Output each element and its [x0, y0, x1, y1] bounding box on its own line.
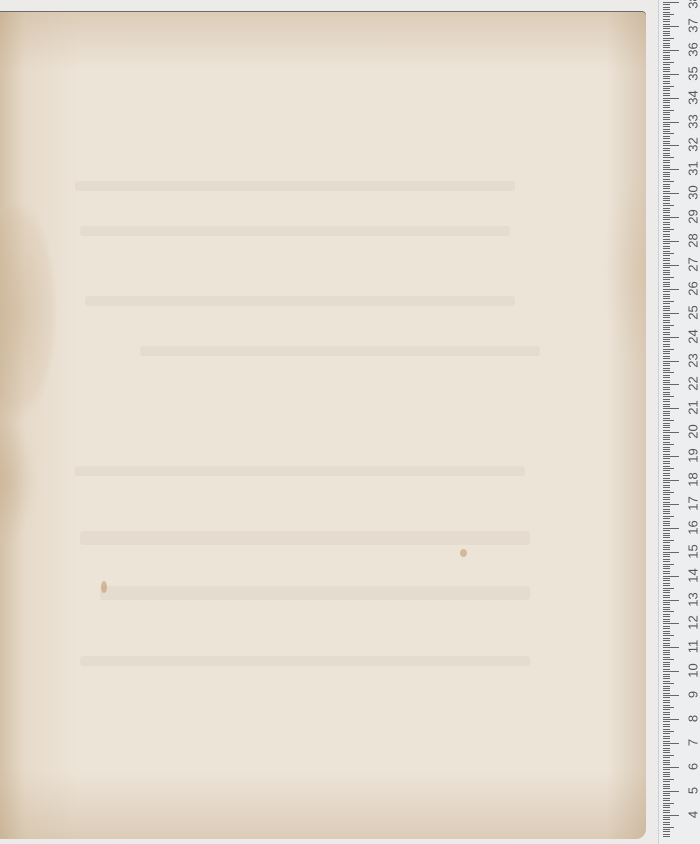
ruler-tick — [663, 153, 670, 154]
ruler-tick — [663, 301, 674, 302]
ruler-label: 38 — [686, 0, 700, 12]
ruler-tick — [663, 480, 679, 481]
ruler-tick — [663, 363, 670, 364]
ruler-tick — [663, 521, 670, 522]
ruler-tick — [663, 554, 670, 555]
ruler-label: 31 — [686, 159, 700, 179]
ruler-tick — [663, 107, 670, 108]
ruler-tick — [663, 239, 670, 240]
show-through-line — [85, 296, 515, 306]
ruler-tick — [663, 418, 670, 419]
ruler-tick — [663, 337, 679, 338]
ruler-tick — [663, 528, 679, 529]
ruler-tick — [663, 100, 670, 101]
ruler-tick — [663, 449, 670, 450]
ruler-label: 27 — [686, 254, 700, 274]
ruler-tick — [663, 21, 670, 22]
ruler-tick — [663, 339, 670, 340]
ruler-tick — [663, 697, 670, 698]
ruler-tick — [663, 64, 670, 65]
ruler-tick — [663, 282, 670, 283]
ruler-tick — [663, 573, 670, 574]
ruler-tick — [663, 688, 670, 689]
ruler-tick — [663, 760, 670, 761]
ruler-label: 13 — [686, 589, 700, 609]
ruler-label: 17 — [686, 493, 700, 513]
ruler-tick — [663, 666, 670, 667]
ruler-label: 20 — [686, 422, 700, 442]
ruler-tick — [663, 556, 670, 557]
ruler-tick — [663, 172, 670, 173]
ruler-tick — [663, 231, 670, 232]
ruler-tick — [663, 702, 670, 703]
ruler-tick — [663, 265, 679, 266]
ruler-tick — [663, 451, 670, 452]
ruler-tick — [663, 105, 670, 106]
ruler-tick — [663, 643, 670, 644]
ruler-tick — [663, 346, 670, 347]
ruler-tick — [663, 736, 670, 737]
ruler-tick — [663, 344, 670, 345]
ruler-tick — [663, 370, 670, 371]
ruler-tick — [663, 497, 670, 498]
ruler-tick — [663, 227, 670, 228]
ruler-label: 14 — [686, 565, 700, 585]
ruler-tick — [663, 329, 670, 330]
ruler-tick — [663, 296, 670, 297]
ruler-tick — [663, 786, 670, 787]
foxing-spot — [460, 549, 467, 557]
ruler-tick — [663, 542, 670, 543]
ruler-tick — [663, 55, 670, 56]
ruler-label: 16 — [686, 517, 700, 537]
ruler-tick — [663, 320, 670, 321]
ruler-tick — [663, 279, 670, 280]
ruler-label: 12 — [686, 613, 700, 633]
ruler-tick — [663, 583, 670, 584]
ruler-label: 11 — [686, 637, 700, 657]
ruler-tick — [663, 4, 670, 5]
ruler-label: 24 — [686, 326, 700, 346]
ruler-label: 25 — [686, 302, 700, 322]
show-through-line — [80, 656, 530, 666]
ruler-tick — [663, 169, 679, 170]
ruler-tick — [663, 743, 679, 744]
ruler-tick — [663, 114, 670, 115]
ruler-tick — [663, 762, 670, 763]
ruler-tick — [663, 112, 670, 113]
ruler-tick — [663, 98, 679, 99]
ruler-tick — [663, 502, 670, 503]
ruler-tick — [663, 614, 670, 615]
ruler-tick — [663, 148, 670, 149]
ruler-tick — [663, 473, 670, 474]
ruler-tick — [663, 815, 679, 816]
ruler-tick — [663, 181, 674, 182]
ruler-tick — [663, 380, 670, 381]
ruler-tick — [663, 136, 670, 137]
ruler-tick — [663, 676, 670, 677]
ruler-tick — [663, 7, 670, 8]
ruler-tick — [663, 516, 674, 517]
ruler-tick — [663, 423, 670, 424]
ruler-tick — [663, 705, 670, 706]
ruler-label: 19 — [686, 446, 700, 466]
ruler-tick — [663, 707, 674, 708]
ruler-tick — [663, 795, 670, 796]
ruler-tick — [663, 303, 670, 304]
ruler-tick — [663, 671, 679, 672]
ruler-tick — [663, 384, 679, 385]
ruler-tick — [663, 482, 670, 483]
ruler-label: 30 — [686, 183, 700, 203]
ruler-tick — [663, 124, 670, 125]
ruler-tick — [663, 463, 670, 464]
ruler-label: 28 — [686, 231, 700, 251]
ruler-tick — [663, 176, 670, 177]
ruler-tick — [663, 272, 670, 273]
ruler-tick — [663, 322, 670, 323]
ruler-tick — [663, 592, 670, 593]
ruler-tick — [663, 131, 670, 132]
ruler-tick — [663, 184, 670, 185]
ruler-tick — [663, 415, 670, 416]
ruler-tick — [663, 461, 670, 462]
ruler-tick — [663, 530, 670, 531]
ruler-label: 18 — [686, 470, 700, 490]
ruler-tick — [663, 40, 670, 41]
ruler-tick — [663, 310, 670, 311]
ruler-tick — [663, 513, 670, 514]
ruler-tick — [663, 652, 670, 653]
ruler-tick — [663, 284, 670, 285]
ruler-tick — [663, 540, 674, 541]
ruler-tick — [663, 769, 670, 770]
ruler-tick — [663, 800, 670, 801]
ruler-tick — [663, 750, 670, 751]
ruler-tick — [663, 294, 670, 295]
ruler-tick — [663, 709, 670, 710]
ruler-tick — [663, 721, 670, 722]
ruler-tick — [663, 243, 670, 244]
ruler-tick — [663, 83, 670, 84]
ruler-tick — [663, 377, 670, 378]
ruler-tick — [663, 334, 670, 335]
ruler-tick — [663, 578, 670, 579]
ruler-tick — [663, 439, 670, 440]
ruler-tick — [663, 392, 670, 393]
ruler-tick — [663, 141, 670, 142]
ruler-tick — [663, 200, 670, 201]
ruler-tick — [663, 755, 674, 756]
ruler-tick — [663, 119, 670, 120]
ruler-tick — [663, 86, 674, 87]
ruler-tick — [663, 681, 670, 682]
ruler-tick — [663, 824, 670, 825]
ruler-tick — [663, 609, 670, 610]
show-through-line — [75, 466, 525, 476]
ruler-label: 9 — [686, 685, 700, 705]
ruler-tick — [663, 270, 670, 271]
ruler-tick — [663, 545, 670, 546]
ruler-tick — [663, 772, 670, 773]
ruler-tick — [663, 196, 670, 197]
ruler-tick — [663, 717, 670, 718]
ruler-label: 26 — [686, 278, 700, 298]
ruler-tick — [663, 690, 670, 691]
ruler-tick — [663, 827, 674, 828]
paper-sheet — [0, 11, 646, 839]
ruler-tick — [663, 647, 679, 648]
ruler-tick — [663, 695, 679, 696]
ruler-tick — [663, 757, 670, 758]
ruler-tick — [663, 686, 670, 687]
ruler-tick — [663, 93, 670, 94]
ruler-tick — [663, 807, 670, 808]
ruler-label: 37 — [686, 15, 700, 35]
ruler-label: 4 — [686, 804, 700, 824]
ruler-tick — [663, 475, 670, 476]
ruler-tick — [663, 375, 670, 376]
ruler-tick — [663, 406, 670, 407]
ruler-tick — [663, 588, 674, 589]
ruler-tick — [663, 274, 670, 275]
ruler-tick — [663, 590, 670, 591]
ruler-tick — [663, 317, 670, 318]
ruler-tick — [663, 396, 674, 397]
ruler-tick — [663, 155, 670, 156]
ruler-label: 23 — [686, 350, 700, 370]
ruler-tick — [663, 356, 670, 357]
ruler-tick — [663, 784, 670, 785]
ruler-tick — [663, 657, 670, 658]
ruler-tick — [663, 203, 670, 204]
ruler-tick — [663, 150, 670, 151]
ruler-tick — [663, 353, 670, 354]
ruler-tick — [663, 411, 670, 412]
ruler-tick — [663, 798, 670, 799]
ruler-tick — [663, 217, 679, 218]
ruler-tick — [663, 341, 670, 342]
ruler-tick — [663, 229, 674, 230]
ruler-tick — [663, 267, 670, 268]
ruler-tick — [663, 258, 670, 259]
ruler-tick — [663, 779, 674, 780]
ruler-tick — [663, 781, 670, 782]
ruler-tick — [663, 19, 670, 20]
ruler-tick — [663, 432, 679, 433]
ruler-label: 10 — [686, 661, 700, 681]
ruler-tick — [663, 774, 670, 775]
ruler-tick — [663, 506, 670, 507]
ruler-tick — [663, 306, 670, 307]
show-through-line — [80, 226, 510, 236]
ruler-tick — [663, 145, 679, 146]
ruler-tick — [663, 499, 670, 500]
ruler-tick — [663, 47, 670, 48]
ruler-tick — [663, 638, 670, 639]
ruler-tick — [663, 478, 670, 479]
ruler-tick — [663, 81, 670, 82]
ruler-tick — [663, 248, 670, 249]
ruler-tick — [663, 260, 670, 261]
ruler-tick — [663, 90, 670, 91]
ruler-tick — [663, 186, 670, 187]
ruler-tick — [663, 198, 670, 199]
ruler-tick — [663, 210, 670, 211]
ruler-tick — [663, 387, 670, 388]
ruler-tick — [663, 803, 674, 804]
foxing-spot — [101, 581, 107, 593]
ruler-tick — [663, 208, 670, 209]
ruler-tick — [663, 95, 670, 96]
ruler-tick — [663, 674, 670, 675]
ruler-tick — [663, 585, 670, 586]
ruler-tick — [663, 413, 670, 414]
ruler-label: 21 — [686, 398, 700, 418]
ruler-tick — [663, 234, 670, 235]
ruler-tick — [663, 533, 670, 534]
ruler-tick — [663, 160, 670, 161]
ruler-tick — [663, 810, 670, 811]
ruler-tick — [663, 523, 670, 524]
ruler-tick — [663, 669, 670, 670]
ruler-tick — [663, 52, 670, 53]
ruler-tick — [663, 595, 670, 596]
ruler-tick — [663, 236, 670, 237]
ruler-tick — [663, 504, 679, 505]
ruler-label: 35 — [686, 63, 700, 83]
ruler-tick — [663, 659, 674, 660]
ruler-tick — [663, 205, 674, 206]
ruler-tick — [663, 442, 670, 443]
ruler-tick — [663, 327, 670, 328]
ruler-tick — [663, 525, 670, 526]
ruler-tick — [663, 365, 670, 366]
ruler-tick — [663, 212, 670, 213]
ruler-tick — [663, 246, 670, 247]
ruler-tick — [663, 791, 679, 792]
ruler-tick — [663, 447, 670, 448]
ruler-tick — [663, 631, 670, 632]
ruler-tick — [663, 382, 670, 383]
ruler-tick — [663, 571, 670, 572]
ruler-tick — [663, 812, 670, 813]
ruler-tick — [663, 738, 670, 739]
ruler-tick — [663, 179, 670, 180]
ruler-tick — [663, 494, 670, 495]
ruler-tick — [663, 549, 670, 550]
ruler-tick — [663, 308, 670, 309]
ruler-tick — [663, 485, 670, 486]
ruler-tick — [663, 444, 674, 445]
ruler-tick — [663, 289, 679, 290]
ruler-tick — [663, 215, 670, 216]
ruler-tick — [663, 45, 670, 46]
ruler-tick — [663, 2, 679, 3]
ruler-tick — [663, 788, 670, 789]
ruler-tick — [663, 693, 670, 694]
ruler-tick — [663, 38, 674, 39]
show-through-line — [140, 346, 540, 356]
ruler-tick — [663, 298, 670, 299]
ruler-tick — [663, 88, 670, 89]
ruler-tick — [663, 616, 670, 617]
ruler-tick — [663, 165, 670, 166]
ruler-label: 7 — [686, 732, 700, 752]
ruler-tick — [663, 394, 670, 395]
ruler-tick — [663, 174, 670, 175]
ruler-tick — [663, 286, 670, 287]
ruler-tick — [663, 253, 674, 254]
ruler-tick — [663, 24, 670, 25]
ruler-tick — [663, 222, 670, 223]
ruler-tick — [663, 313, 679, 314]
ruler-tick — [663, 662, 670, 663]
ruler-tick — [663, 509, 670, 510]
show-through-line — [100, 586, 530, 600]
ruler-tick — [663, 404, 670, 405]
ruler-tick — [663, 188, 670, 189]
ruler-tick — [663, 600, 679, 601]
ruler-tick — [663, 43, 670, 44]
ruler-tick — [663, 33, 670, 34]
ruler-tick — [663, 822, 670, 823]
ruler-tick — [663, 597, 670, 598]
ruler-tick — [663, 12, 670, 13]
ruler-tick — [663, 559, 670, 560]
ruler-label: 32 — [686, 135, 700, 155]
ruler-tick — [663, 836, 670, 837]
ruler-tick — [663, 193, 679, 194]
ruler-label: 5 — [686, 780, 700, 800]
ruler-tick — [663, 834, 670, 835]
ruler-tick — [663, 401, 670, 402]
ruler-tick — [663, 67, 670, 68]
ruler-tick — [663, 628, 670, 629]
ruler-tick — [663, 62, 674, 63]
ruler-tick — [663, 78, 670, 79]
ruler-tick — [663, 263, 670, 264]
ruler-tick — [663, 315, 670, 316]
ruler-tick — [663, 57, 670, 58]
ruler-tick — [663, 633, 670, 634]
ruler-tick — [663, 35, 670, 36]
ruler-tick — [663, 576, 679, 577]
ruler-tick — [663, 611, 674, 612]
ruler-tick — [663, 724, 670, 725]
ruler-tick — [663, 731, 674, 732]
ruler-tick — [663, 552, 679, 553]
ruler-tick — [663, 719, 679, 720]
ruler-tick — [663, 561, 670, 562]
ruler-label: 33 — [686, 111, 700, 131]
ruler-tick — [663, 14, 674, 15]
ruler-tick — [663, 547, 670, 548]
ruler-tick — [663, 74, 679, 75]
ruler-tick — [663, 430, 670, 431]
ruler-label: 6 — [686, 756, 700, 776]
ruler-tick — [663, 31, 670, 32]
ruler-tick — [663, 219, 670, 220]
ruler-tick — [663, 683, 674, 684]
ruler-label: 34 — [686, 87, 700, 107]
ruler-tick — [663, 399, 670, 400]
ruler-tick — [663, 487, 670, 488]
ruler-tick — [663, 454, 670, 455]
ruler-tick — [663, 50, 679, 51]
ruler-tick — [663, 640, 670, 641]
